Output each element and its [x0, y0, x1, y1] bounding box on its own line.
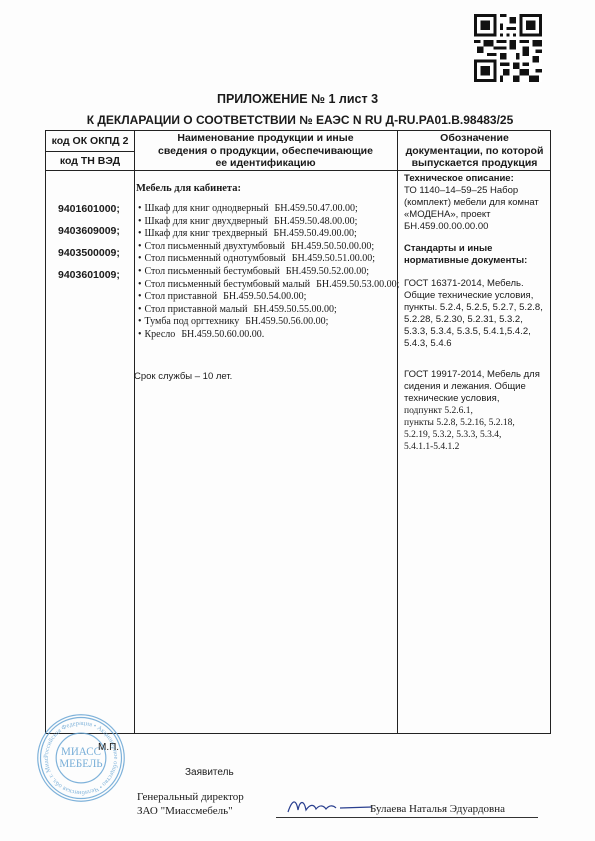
product-item: Шкаф для книг двухдверныйБН.459.50.48.00…: [138, 216, 399, 229]
product-code: БН.459.50.47.00.00;: [275, 203, 358, 214]
product-name: Кресло: [145, 329, 176, 340]
header-tnved: код ТН ВЭД: [46, 155, 134, 168]
product-name: Шкаф для книг двухдверный: [145, 216, 269, 227]
service-life: Срок службы – 10 лет.: [134, 371, 232, 382]
doc-line: ТО 1140–14–59–25 Набор: [404, 185, 552, 197]
product-name: Шкаф для книг трехдверный: [145, 228, 268, 239]
doc-line: пункты 5.2.8, 5.2.16, 5.2.18,: [404, 417, 552, 429]
header-product-name: Наименование продукции и иные сведения о…: [134, 132, 397, 170]
page-title: ПРИЛОЖЕНИЕ № 1 лист 3: [0, 92, 595, 106]
doc-line: подпункт 5.2.6.1,: [404, 405, 552, 417]
product-code: БН.459.50.56.00.00;: [245, 316, 328, 327]
product-name: Стол письменный двухтумбовый: [145, 241, 285, 252]
svg-text:МИАСС: МИАСС: [61, 746, 101, 758]
doc-line: (комплект) мебели для комнат: [404, 197, 552, 209]
header-documentation: Обозначение документации, по которой вып…: [397, 132, 552, 170]
header-line: документации, по которой: [397, 145, 552, 158]
product-item: КреслоБН.459.50.60.00.00.: [138, 329, 399, 342]
product-code: БН.459.50.54.00.00;: [223, 291, 306, 302]
signer-position: Генеральный директор: [137, 791, 244, 803]
product-name: Стол приставной: [145, 291, 218, 302]
product-code: БН.459.50.51.00.00;: [292, 253, 375, 264]
tech-description-label: Техническое описание:: [404, 173, 552, 185]
product-list: Шкаф для книг однодверныйБН.459.50.47.00…: [138, 203, 399, 342]
product-table: код ОК ОКПД 2 код ТН ВЭД Наименование пр…: [45, 130, 551, 734]
doc-line: Стандарты и иные: [404, 243, 552, 255]
product-item: Стол письменный двухтумбовыйБН.459.50.50…: [138, 241, 399, 254]
company-stamp: МИАСС МЕБЕЛЬ Российская Федерация • Акци…: [35, 712, 127, 804]
signature: [284, 796, 374, 818]
product-name: Тумба под оргтехнику: [145, 316, 240, 327]
header-line: Наименование продукции и иные: [134, 132, 397, 145]
doc-line: ГОСТ 16371-2014, Мебель.: [404, 278, 552, 290]
signer-company: ЗАО "Миассмебель": [137, 805, 233, 817]
product-code: БН.459.50.53.00.00;: [316, 279, 399, 290]
tnved-code: 9401601000;: [58, 203, 120, 215]
qr-code-icon: [474, 14, 542, 82]
product-item: Шкаф для книг однодверныйБН.459.50.47.00…: [138, 203, 399, 216]
doc-line: нормативные документы:: [404, 255, 552, 267]
tnved-code: 9403500009;: [58, 247, 120, 259]
product-name: Стол приставной малый: [145, 304, 248, 315]
tech-description-text: ТО 1140–14–59–25 Набор (комплект) мебели…: [404, 185, 552, 233]
product-code: БН.459.50.55.00.00;: [254, 304, 337, 315]
signer-name: Булаева Наталья Эдуардовна: [370, 803, 505, 815]
product-item: Стол письменный однотумбовыйБН.459.50.51…: [138, 253, 399, 266]
product-code: БН.459.50.50.00.00;: [291, 241, 374, 252]
header-line: выпускается продукция: [397, 157, 552, 170]
product-item: Стол письменный бестумбовыйБН.459.50.52.…: [138, 266, 399, 279]
product-group-title: Мебель для кабинета:: [136, 183, 241, 194]
product-name: Стол письменный однотумбовый: [145, 253, 286, 264]
doc-line: БН.459.00.00.00.00: [404, 221, 552, 233]
header-line: ее идентификацию: [134, 157, 397, 170]
product-code: БН.459.50.60.00.00.: [181, 329, 264, 340]
doc-line: 5.4.1.1-5.4.1.2: [404, 441, 552, 453]
svg-text:МЕБЕЛЬ: МЕБЕЛЬ: [59, 758, 102, 770]
doc-line: 5.2.19, 5.3.2, 5.3.3, 5.3.4,: [404, 429, 552, 441]
product-code: БН.459.50.48.00.00;: [274, 216, 357, 227]
gost-19917: ГОСТ 19917-2014, Мебель длясидения и леж…: [404, 369, 552, 453]
declaration-number: К ДЕКЛАРАЦИИ О СООТВЕТСТВИИ № ЕАЭС N RU …: [40, 113, 560, 127]
header-okpd2: код ОК ОКПД 2: [46, 135, 134, 148]
seal-place-label: М.П.: [98, 742, 119, 753]
doc-line: пункты. 5.2.4, 5.2.5, 5.2.7, 5.2.8,: [404, 302, 552, 314]
doc-line: сидения и лежания. Общие: [404, 381, 552, 393]
product-name: Шкаф для книг однодверный: [145, 203, 269, 214]
product-item: Шкаф для книг трехдверныйБН.459.50.49.00…: [138, 228, 399, 241]
product-code: БН.459.50.49.00.00;: [273, 228, 356, 239]
standards-label: Стандарты и иные нормативные документы:: [404, 243, 552, 267]
doc-line: Общие технические условия,: [404, 290, 552, 302]
product-item: Стол приставнойБН.459.50.54.00.00;: [138, 291, 399, 304]
product-name: Стол письменный бестумбовый: [145, 266, 280, 277]
product-item: Тумба под оргтехникуБН.459.50.56.00.00;: [138, 316, 399, 329]
tnved-code: 9403601009;: [58, 269, 120, 281]
doc-line: технические условия,: [404, 393, 552, 405]
gost-16371: ГОСТ 16371-2014, Мебель.Общие технически…: [404, 278, 552, 350]
doc-line: ГОСТ 19917-2014, Мебель для: [404, 369, 552, 381]
product-item: Стол письменный бестумбовый малыйБН.459.…: [138, 279, 399, 292]
doc-line: 5.4.3, 5.4.6: [404, 338, 552, 350]
doc-line: 5.2.28, 5.2.30, 5.2.31, 5.3.2,: [404, 314, 552, 326]
applicant-label: Заявитель: [185, 767, 234, 778]
signature-line: [276, 817, 538, 818]
product-name: Стол письменный бестумбовый малый: [145, 279, 311, 290]
doc-line: «МОДЕНА», проект: [404, 209, 552, 221]
product-item: Стол приставной малыйБН.459.50.55.00.00;: [138, 304, 399, 317]
header-line: сведения о продукции, обеспечивающие: [134, 145, 397, 158]
tnved-code: 9403609009;: [58, 225, 120, 237]
product-code: БН.459.50.52.00.00;: [286, 266, 369, 277]
header-line: Обозначение: [397, 132, 552, 145]
doc-line: 5.3.3, 5.3.4, 5.3.5, 5.4.1,5.4.2,: [404, 326, 552, 338]
